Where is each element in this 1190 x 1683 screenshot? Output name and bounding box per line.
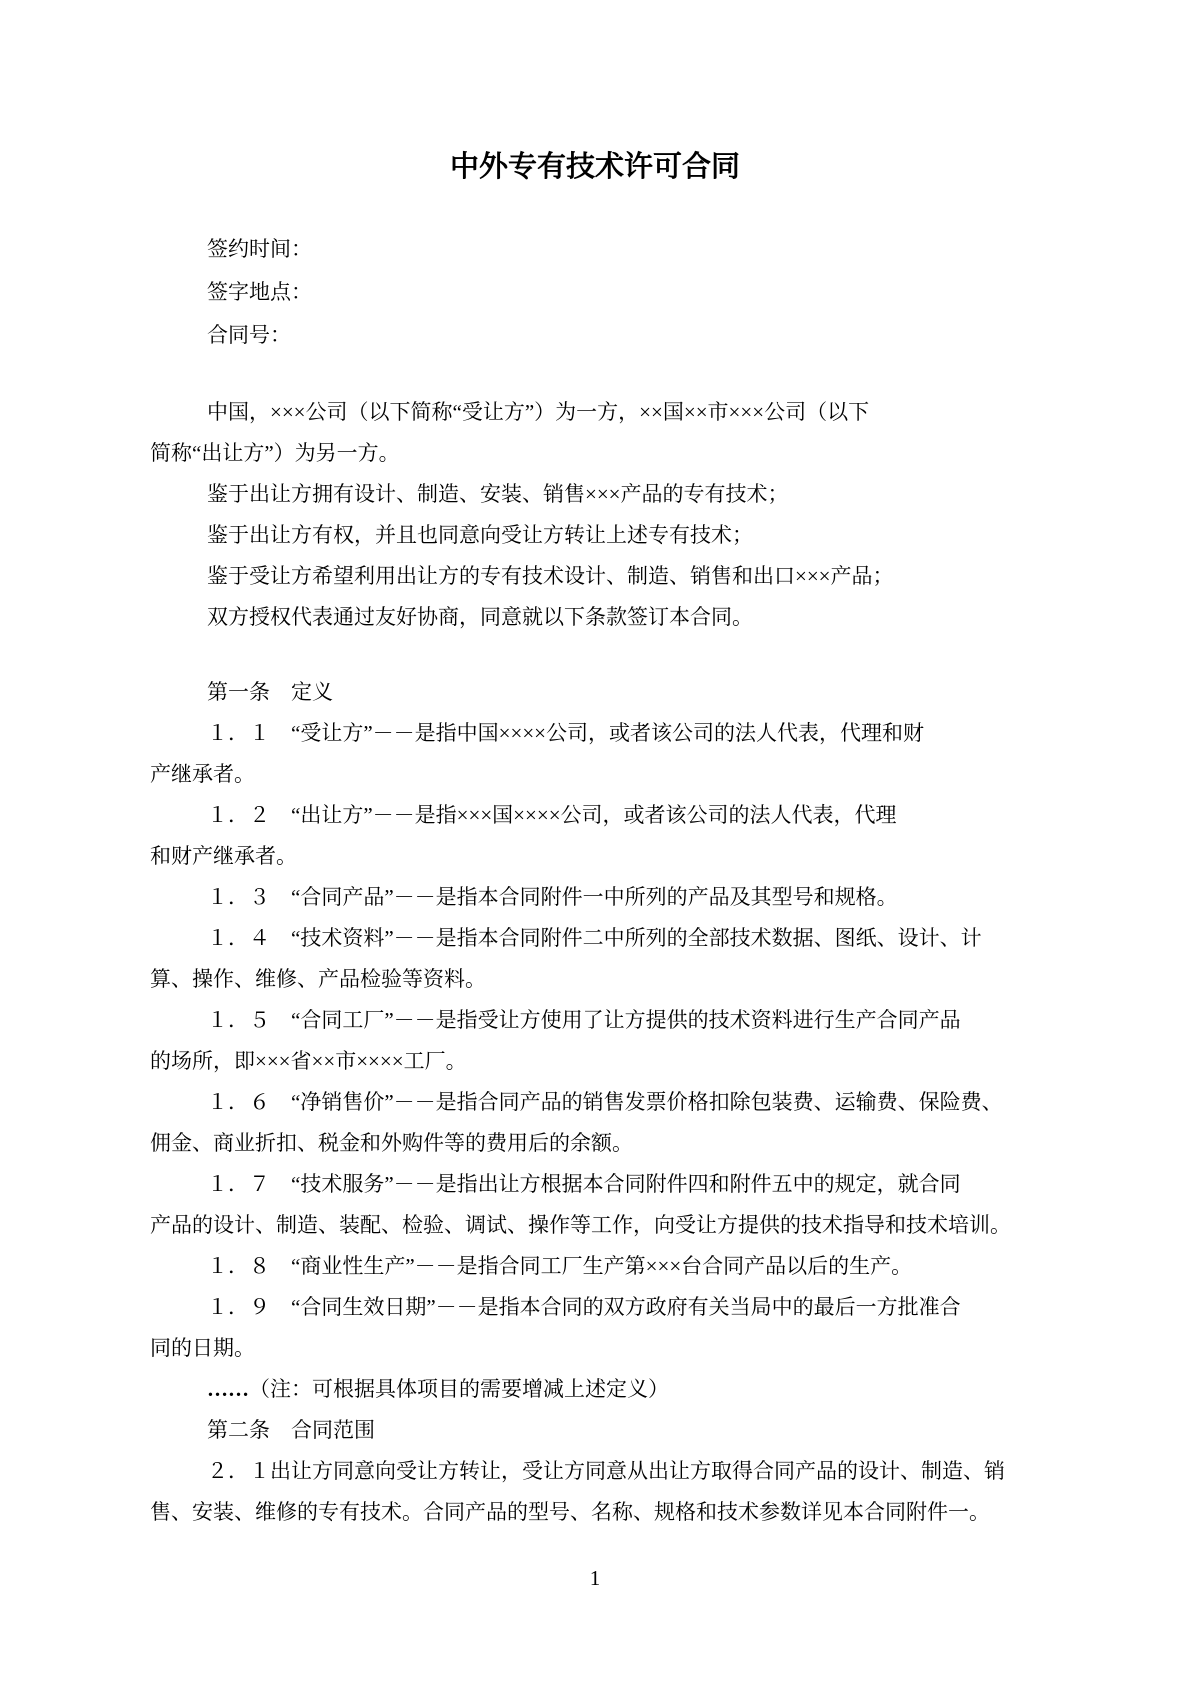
- page-number: 1: [150, 1563, 1040, 1593]
- text-line: １．７ “技术服务”－－是指出让方根据本合同附件四和附件五中的规定，就合同: [150, 1169, 1040, 1199]
- text-line: 签字地点：: [150, 277, 1040, 307]
- text-line: １．３ “合同产品”－－是指本合同附件一中所列的产品及其型号和规格。: [150, 882, 1040, 912]
- document-page: 中外专有技术许可合同 签约时间：签字地点：合同号：中国，×××公司（以下简称“受…: [0, 0, 1190, 1683]
- text-line: 和财产继承者。: [150, 841, 1040, 871]
- text-line: 算、操作、维修、产品检验等资料。: [150, 964, 1040, 994]
- text-line: 鉴于出让方拥有设计、制造、安装、销售×××产品的专有技术；: [150, 479, 1040, 509]
- text-line: １．６ “净销售价”－－是指合同产品的销售发票价格扣除包装费、运输费、保险费、: [150, 1087, 1040, 1117]
- text-line: １．５ “合同工厂”－－是指受让方使用了让方提供的技术资料进行生产合同产品: [150, 1005, 1040, 1035]
- text-line: 签约时间：: [150, 234, 1040, 264]
- text-line: 鉴于受让方希望利用出让方的专有技术设计、制造、销售和出口×××产品；: [150, 561, 1040, 591]
- document-title: 中外专有技术许可合同: [150, 149, 1040, 185]
- text-line: 第一条 定义: [150, 677, 1040, 707]
- text-line: １．２ “出让方”－－是指×××国××××公司，或者该公司的法人代表，代理: [150, 800, 1040, 830]
- text-line: 同的日期。: [150, 1333, 1040, 1363]
- text-line: 第二条 合同范围: [150, 1415, 1040, 1445]
- text-line: ……（注：可根据具体项目的需要增减上述定义）: [150, 1374, 1040, 1404]
- text-line: １．１ “受让方”－－是指中国××××公司，或者该公司的法人代表，代理和财: [150, 718, 1040, 748]
- text-line: 的场所，即×××省××市××××工厂。: [150, 1046, 1040, 1076]
- text-line: 售、安装、维修的专有技术。合同产品的型号、名称、规格和技术参数详见本合同附件一。: [150, 1497, 1040, 1527]
- text-line: １．８ “商业性生产”－－是指合同工厂生产第×××台合同产品以后的生产。: [150, 1251, 1040, 1281]
- text-line: 产品的设计、制造、装配、检验、调试、操作等工作，向受让方提供的技术指导和技术培训…: [150, 1210, 1040, 1240]
- text-line: 双方授权代表通过友好协商，同意就以下条款签订本合同。: [150, 602, 1040, 632]
- text-run-bold: ……: [207, 1377, 249, 1401]
- text-run: （注：可根据具体项目的需要增减上述定义）: [249, 1377, 669, 1401]
- text-line: 合同号：: [150, 320, 1040, 350]
- text-line: 产继承者。: [150, 759, 1040, 789]
- text-line: 中国，×××公司（以下简称“受让方”）为一方，××国××市×××公司（以下: [150, 397, 1040, 427]
- text-line: ２．１出让方同意向受让方转让，受让方同意从出让方取得合同产品的设计、制造、销: [150, 1456, 1040, 1486]
- text-line: １．４ “技术资料”－－是指本合同附件二中所列的全部技术数据、图纸、设计、计: [150, 923, 1040, 953]
- text-line: 鉴于出让方有权，并且也同意向受让方转让上述专有技术；: [150, 520, 1040, 550]
- text-line: 简称“出让方”）为另一方。: [150, 438, 1040, 468]
- text-line: １．９ “合同生效日期”－－是指本合同的双方政府有关当局中的最后一方批准合: [150, 1292, 1040, 1322]
- text-line: 佣金、商业折扣、税金和外购件等的费用后的余额。: [150, 1128, 1040, 1158]
